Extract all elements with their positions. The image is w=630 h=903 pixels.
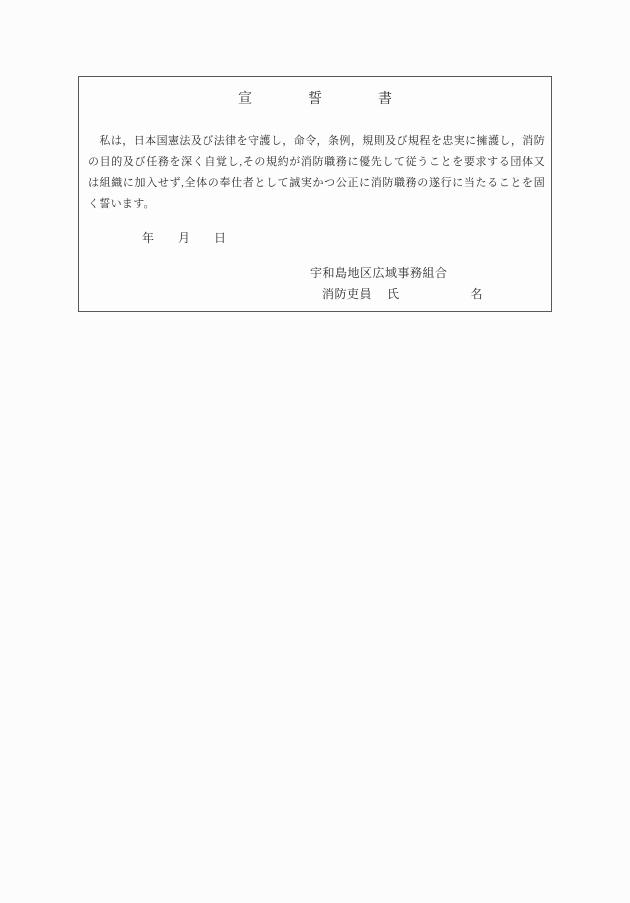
given-name-label: 名 <box>471 288 484 300</box>
day-label: 日 <box>214 232 226 244</box>
oath-paragraph-line: 私は，日本国憲法及び法律を守護し，命令，条例，規則及び規程を忠実に擁護し，消防 <box>88 131 545 152</box>
document-page: { "page": { "background_color": "#fcfcfc… <box>0 0 630 903</box>
family-name-label: 氏 <box>387 288 400 300</box>
oath-document-frame: 宣誓書 私は，日本国憲法及び法律を守護し，命令，条例，規則及び規程を忠実に擁護し… <box>78 76 552 312</box>
rank-label: 消防吏員 <box>322 288 372 300</box>
date-line: 年 月 日 <box>142 232 226 244</box>
oath-paragraph-line: く誓います。 <box>88 194 545 215</box>
year-label: 年 <box>142 232 154 244</box>
oath-paragraph: 私は，日本国憲法及び法律を守護し，命令，条例，規則及び規程を忠実に擁護し，消防 … <box>88 131 545 215</box>
oath-paragraph-line: は組織に加入せず,全体の奉仕者として誠実かつ公正に消防職務の遂行に当たることを固 <box>88 173 545 194</box>
oath-paragraph-line: の目的及び任務を深く自覚し,その規約が消防職務に優先して従うことを要求する団体又 <box>88 152 545 173</box>
signature-line: 消防吏員 氏 名 <box>322 288 483 300</box>
month-label: 月 <box>178 232 190 244</box>
organization-name: 宇和島地区広域事務組合 <box>310 267 448 279</box>
document-title: 宣誓書 <box>238 92 448 107</box>
document-title-row: 宣誓書 <box>79 93 551 107</box>
